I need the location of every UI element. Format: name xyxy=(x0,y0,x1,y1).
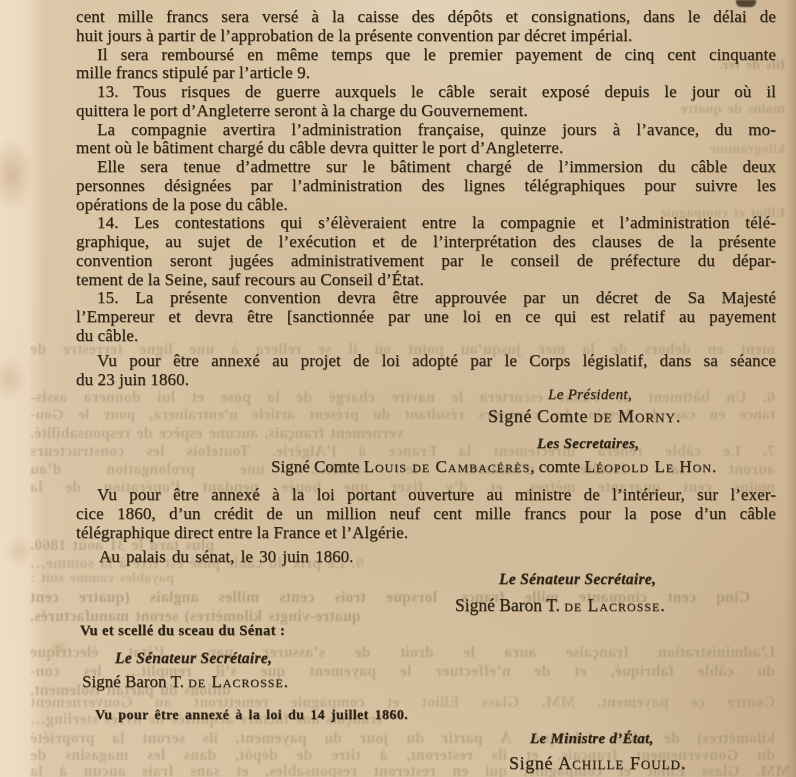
signer-name-cambaceres: Louis de Cambacérès xyxy=(364,457,531,476)
bleedthrough-text: 6. Un bâtiment de l’État escortera le na… xyxy=(30,389,775,407)
signer-name-le-hon: Léopold Le Hon. xyxy=(584,457,717,476)
body-line: graphique, au sujet de l’exécution et de… xyxy=(76,233,776,252)
dateline-palais-du-senat: Au palais du sénat, le 30 juin 1860. xyxy=(99,547,353,567)
paper-stain xyxy=(0,356,26,402)
signer-name-fould: Achille Fould. xyxy=(558,753,686,773)
page-edge-shadow xyxy=(786,0,796,777)
signature-role-senateur-secretaire: Le Sénateur Secrétaire, xyxy=(115,650,272,668)
vu-scelle-sceau-senat: Vu et scellé du sceau du Sénat : xyxy=(80,623,285,640)
body-line: cent mille francs sera versé à la caisse… xyxy=(76,8,776,27)
signature-role-senateur-secretaire: Le Sénateur Secrétaire, xyxy=(499,571,656,589)
vu-line: Vu pour être annexé au projet de loi ado… xyxy=(76,352,776,371)
signature-lacrosse: Signé Baron T. de Lacrosse. xyxy=(82,672,289,692)
signer-name-lacrosse: de Lacrosse. xyxy=(564,595,665,615)
signature-fould: Signé Achille Fould. xyxy=(509,753,686,774)
signature-role-president: Le Président, xyxy=(548,387,632,404)
body-line: mille francs stipulé par l’article 9. xyxy=(76,64,776,83)
vu-line: Vu pour être annexé à la loi portant ouv… xyxy=(76,486,776,505)
convention-body-text: cent mille francs sera versé à la caisse… xyxy=(76,8,776,346)
bleedthrough-text: vernement français, aucune espèce de res… xyxy=(30,425,775,443)
body-line-article-13: 13. Tous risques de guerre auxquels le c… xyxy=(76,83,776,102)
signature-secretaires: Signé Comte Louis de Cambacérès, comte L… xyxy=(271,457,717,477)
vu-line: cice 1860, d’un crédit de un million neu… xyxy=(76,505,776,524)
vu-loi-14-juillet: Vu pour être annexé à la loi du 14 juill… xyxy=(95,708,408,724)
bleedthrough-text: payables comme suit : xyxy=(30,571,330,587)
scanned-book-page: ment en dehors de la mer jusqu’au point … xyxy=(0,0,796,777)
body-line: opérations de la pose du câble. xyxy=(76,196,776,215)
vu-corps-legislatif: Vu pour être annexé au projet de loi ado… xyxy=(76,352,776,390)
vu-line: télégraphique direct entre la France et … xyxy=(76,524,776,543)
body-line: l’Empereur et devra être [sanctionnée pa… xyxy=(76,308,776,327)
body-line: quittera le port d’Angleterre seront à l… xyxy=(76,102,776,121)
body-line: La compagnie avertira l’administration f… xyxy=(76,121,776,140)
vu-line: du 23 juin 1860. xyxy=(76,371,776,390)
body-line: ment où le bâtiment chargé du câble devr… xyxy=(76,139,776,158)
body-line: huit jours à partir de l’approbation de … xyxy=(76,27,776,46)
body-line: convention seront jugées administrativem… xyxy=(76,252,776,271)
body-line: tement de la Seine, sauf recours au Cons… xyxy=(76,271,776,290)
paper-stain xyxy=(0,138,34,212)
body-line: Il sera remboursé en même temps que le p… xyxy=(76,46,776,65)
body-line-article-14: 14. Les contestations qui s’élèveraient … xyxy=(76,214,776,233)
body-line: personnes désignées par l’administration… xyxy=(76,177,776,196)
body-line: du câble. xyxy=(76,327,776,346)
vu-ministre-interieur: Vu pour être annexé à la loi portant ouv… xyxy=(76,486,776,542)
signer-name-de-morny: de Morny. xyxy=(593,406,681,426)
paper-stain xyxy=(6,536,32,566)
signature-president: Signé Comte de Morny. xyxy=(488,406,681,427)
signature-role-ministre-etat: Le Ministre d’État, xyxy=(530,731,654,748)
signer-name-lacrosse: de Lacrosse. xyxy=(188,672,289,691)
bleedthrough-text: kilomètres) de câble fabriqué. À partir … xyxy=(30,730,775,748)
signature-lacrosse: Signé Baron T. de Lacrosse. xyxy=(455,595,666,616)
body-line-article-15: 15. La présente convention devra être ap… xyxy=(76,289,776,308)
cropped-header-mark xyxy=(736,0,756,7)
body-line: Elle sera tenue d’admettre sur le bâtime… xyxy=(76,158,776,177)
signature-role-secretaires: Les Secretaires, xyxy=(537,436,639,453)
